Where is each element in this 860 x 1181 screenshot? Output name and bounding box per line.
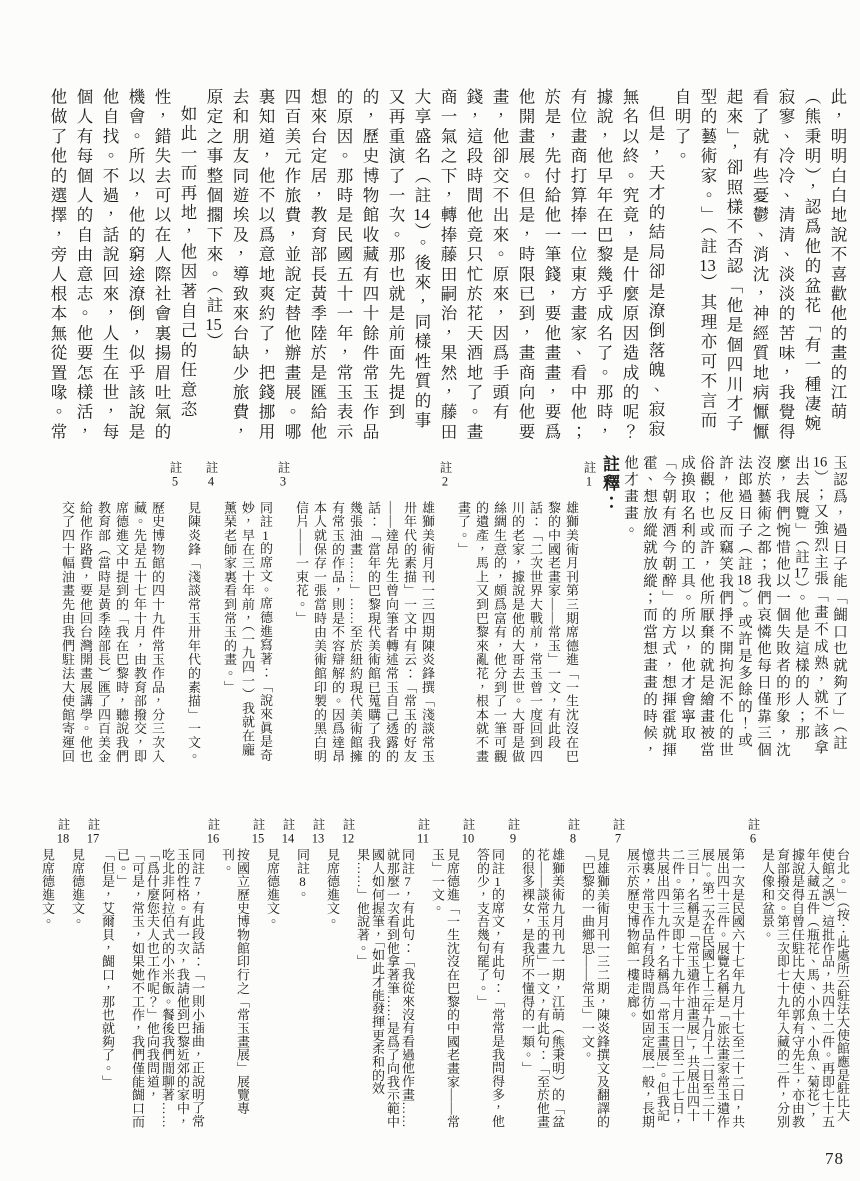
note-10-body: 見席德進「一生沈沒在巴黎的中國老畫家——常玉」一文。 xyxy=(430,815,460,1133)
note-17-label: 註17 xyxy=(85,815,100,1133)
page-number: 78 xyxy=(825,1149,844,1169)
note-item-11: 註11 同註7，有此句：「我從來沒有看過他作畫……就那麼一次看到他拿著筆……是爲… xyxy=(355,815,430,1133)
note-item-3: 註3 同註1的席文。席德進寫著：「說來眞是奇妙，早在三十年前，（一九四一）我就在… xyxy=(220,455,292,767)
note-9-body: 同註1的席文，有此句：「常常是我問得多，他答的少，支吾幾句罷了。」 xyxy=(475,815,505,1133)
note-8-body: 雄獅美術九月刊九一期，江萌（熊秉明）的「盆花——談常玉的畫」一文，有此句：「至於… xyxy=(520,815,565,1133)
note-18-body: 見席德進文。 xyxy=(40,815,55,1133)
note-item-12: 註12 見席德進文。 xyxy=(325,815,355,1133)
note-item-8: 註8 雄獅美術九月刊九一期，江萌（熊秉明）的「盆花——談常玉的畫」一文，有此句：… xyxy=(520,815,580,1133)
note-3-label: 註3 xyxy=(274,455,292,767)
bottom-band: 台北。」（按：此處所云駐法大使館應是駐比大使館之誤）這批作品，共四十二件。再即七… xyxy=(12,815,850,1133)
note-10-label: 註10 xyxy=(460,815,475,1133)
note-item-10: 註10 見席德進「一生沈沒在巴黎的中國老畫家——常玉」一文。 xyxy=(430,815,475,1133)
main-text-top-band: 此，明明白白地說不喜歡他的畫的江萌（熊秉明），認爲他的盆花「有一種凄婉寂寥、冷冷… xyxy=(26,88,850,448)
note-15-label: 註15 xyxy=(250,815,265,1133)
note-item-2: 註2 雄獅美術月刊一三四期陳炎鋒撰「淺談常玉卅年代的素描」一文中有云：「常玉的好… xyxy=(292,455,454,767)
note-14-body: 見席德進文。 xyxy=(265,815,280,1133)
note-12-label: 註12 xyxy=(340,815,355,1133)
note-5-body: 歷史博物館的四十九件常玉作品，分三次入藏。先是五十七年十月，由教育部撥交，即席德… xyxy=(58,455,166,767)
note-item-16: 註16 同註7，有此段話：「一則小插曲，正說明了常玉的性格。有一次，我請他到巴黎… xyxy=(100,815,220,1133)
note-2-label: 註2 xyxy=(436,455,454,767)
main-paragraph-3-continued: 玉認爲，過日子能「餬口也就夠了」（註16）；又強烈主張「畫不成熟，就不該拿出去展… xyxy=(620,455,848,767)
note-item-14: 註14 見席德進文。 xyxy=(265,815,295,1133)
note-item-13: 註13 同註8。 xyxy=(295,815,325,1133)
note-11-label: 註11 xyxy=(415,815,430,1133)
note-3-body: 同註1的席文。席德進寫著：「說來眞是奇妙，早在三十年前，（一九四一）我就在龐薰琹… xyxy=(220,455,274,767)
note-17-body: 見席德進文。 xyxy=(70,815,85,1133)
note-7-label: 註7 xyxy=(610,815,625,1133)
note-item-4: 註4 見陳炎鋒「淺談常玉卅年代的素描」一文。 xyxy=(184,455,220,767)
note-16-label: 註16 xyxy=(205,815,220,1133)
note-2-body: 雄獅美術月刊一三四期陳炎鋒撰「淺談常玉卅年代的素描」一文中有云：「常玉的好友——… xyxy=(292,455,436,767)
note-6-label: 註6 xyxy=(745,815,760,1133)
note-item-15: 註15 按國立歷史博物館印行之「常玉畫展」展覽專刊。 xyxy=(220,815,265,1133)
middle-band: 玉認爲，過日子能「餬口也就夠了」（註16）；又強烈主張「畫不成熟，就不該拿出去展… xyxy=(26,455,848,767)
main-paragraph-2: 但是，天才的結局卻是潦倒落魄、寂寂無名以終。究竟，是什麼原因造成的呢？據說，他早… xyxy=(200,88,668,448)
note-8-label: 註8 xyxy=(565,815,580,1133)
note-item-18: 註18 見席德進文。 xyxy=(40,815,70,1133)
note-item-5: 註5 歷史博物館的四十九件常玉作品，分三次入藏。先是五十七年十月，由教育部撥交，… xyxy=(58,455,184,767)
note-1-label: 註1 xyxy=(580,455,598,767)
note-9-label: 註9 xyxy=(505,815,520,1133)
note-13-body: 同註8。 xyxy=(295,815,310,1133)
main-paragraph-1: 此，明明白白地說不喜歡他的畫的江萌（熊秉明），認爲他的盆花「有一種凄婉寂寥、冷冷… xyxy=(668,88,850,448)
note-item-9: 註9 同註1的席文，有此句：「常常是我問得多，他答的少，支吾幾句罷了。」 xyxy=(475,815,520,1133)
note-item-6: 註6 第一次是民國六十七年九月十七至二十二日，共展出四十三件。展覽名稱是「旅法畫… xyxy=(625,815,760,1133)
note-5-body-continued: 台北。」（按：此處所云駐法大使館應是駐比大使館之誤）這批作品，共四十二件。再即七… xyxy=(760,815,850,1133)
note-13-label: 註13 xyxy=(310,815,325,1133)
note-item-1: 註1 雄獅美術月刊第三期席德進「一生沈沒在巴黎的中國老畫家——常玉」一文，有此段… xyxy=(454,455,598,767)
note-12-body: 見席德進文。 xyxy=(325,815,340,1133)
note-11-body: 同註7，有此句：「我從來沒有看過他作畫……就那麼一次看到他拿著筆……是爲了向我示… xyxy=(355,815,415,1133)
note-5-label: 註5 xyxy=(166,455,184,767)
note-item-7: 註7 見雄獅美術月刊一三二期，陳炎鋒撰文及翻譯的「巴黎的一曲鄉思——常玉」一文。 xyxy=(580,815,625,1133)
note-4-label: 註4 xyxy=(202,455,220,767)
note-6-body: 第一次是民國六十七年九月十七至二十二日，共展出四十三件。展覽名稱是「旅法畫家常玉… xyxy=(625,815,745,1133)
notes-section-header: 註釋： xyxy=(598,455,620,767)
note-item-17: 註17 見席德進文。 xyxy=(70,815,100,1133)
note-15-body: 按國立歷史博物館印行之「常玉畫展」展覽專刊。 xyxy=(220,815,250,1133)
note-4-body: 見陳炎鋒「淺談常玉卅年代的素描」一文。 xyxy=(184,455,202,767)
note-18-label: 註18 xyxy=(55,815,70,1133)
note-16-body: 同註7，有此段話：「一則小插曲，正說明了常玉的性格。有一次，我請他到巴黎近郊的家… xyxy=(100,815,205,1133)
main-paragraph-3: 如此一而再地，他因著自己的任意恣性，錯失去可以在人際社會裏揚眉吐氣的機會。所以，… xyxy=(44,88,200,448)
note-14-label: 註14 xyxy=(280,815,295,1133)
note-7-body: 見雄獅美術月刊一三二期，陳炎鋒撰文及翻譯的「巴黎的一曲鄉思——常玉」一文。 xyxy=(580,815,610,1133)
note-1-body: 雄獅美術月刊第三期席德進「一生沈沒在巴黎的中國老畫家——常玉」一文，有此段話：「… xyxy=(454,455,580,767)
